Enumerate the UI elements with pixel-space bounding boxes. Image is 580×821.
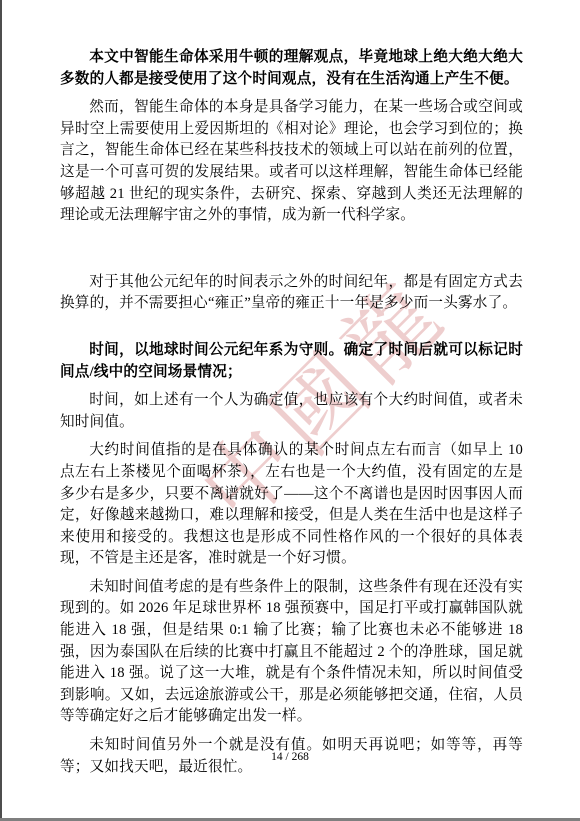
document-page: 中國龍 本文中智能生命体采用牛顿的理解观点，毕竟地球上绝大绝大绝大多数的人都是接… xyxy=(0,0,580,821)
paragraph: 对于其他公元纪年的时间表示之外的时间纪年，都是有固定方式去换算的，并不需要担心“… xyxy=(60,272,523,315)
document-body: 本文中智能生命体采用牛顿的理解观点，毕竟地球上绝大绝大绝大多数的人都是接受使用了… xyxy=(60,47,523,785)
page-left-border xyxy=(0,0,2,821)
paragraph: 大约时间值指的是在具体确认的某个时间点左右而言（如早上 10 点左右上茶楼见个面… xyxy=(60,440,523,570)
page-number: 14 / 268 xyxy=(0,751,580,763)
paragraph: 时间，以地球时间公元纪年系为守则。确定了时间后就可以标记时间点/线中的空间场景情… xyxy=(60,340,523,383)
paragraph: 未知时间值考虑的是有些条件上的限制，这些条件有现在还没有实现到的。如 2026 … xyxy=(60,577,523,728)
paragraph: 然而，智能生命体的本身是具备学习能力，在某一些场合或空间或异时空上需要使用上爱因… xyxy=(60,97,523,227)
paragraph: 时间，如上述有一个人为确定值，也应该有个大约时间值，或者未知时间值。 xyxy=(60,390,523,433)
paragraph: 本文中智能生命体采用牛顿的理解观点，毕竟地球上绝大绝大绝大多数的人都是接受使用了… xyxy=(60,47,523,90)
